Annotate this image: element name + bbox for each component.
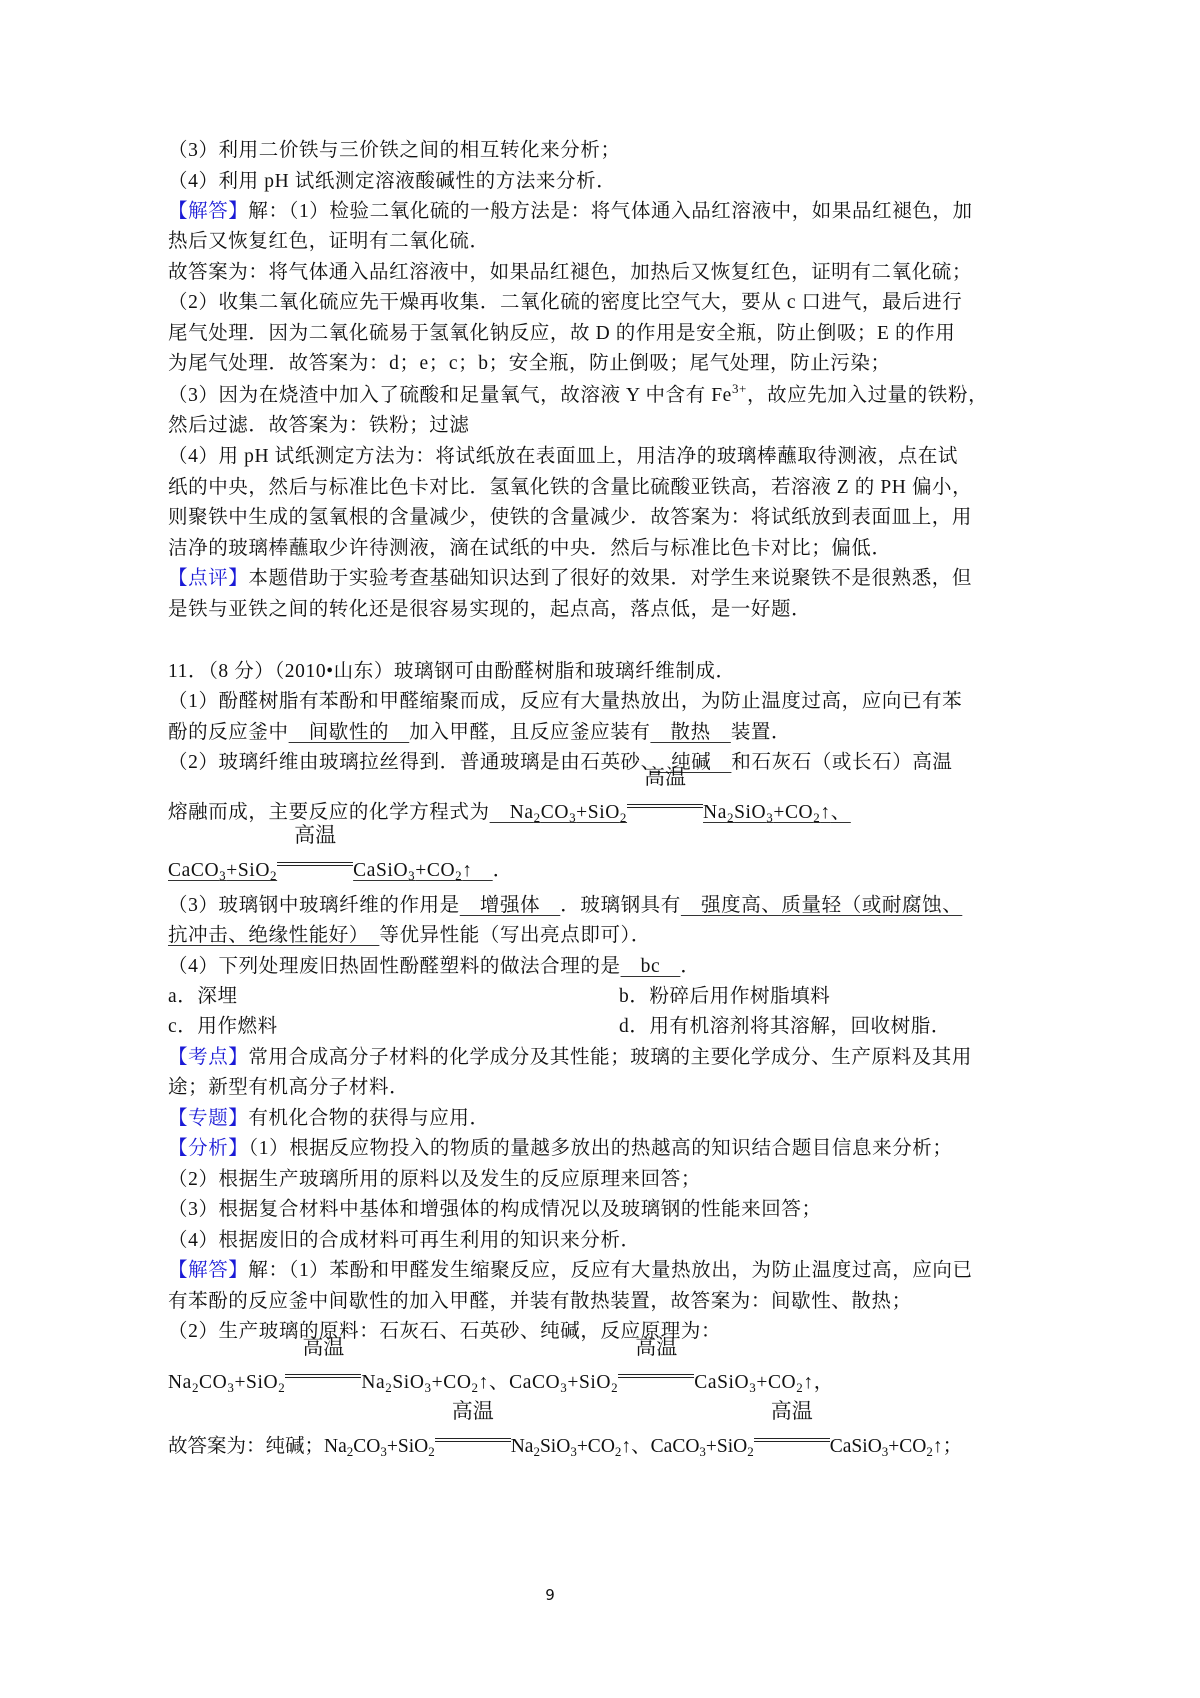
equals-sign (435, 1438, 511, 1442)
question-line: （2）玻璃纤维由玻璃拉丝得到．普通玻璃是由石英砂、 纯碱 和石灰石（或长石）高温 (168, 749, 953, 777)
question-text: （2）玻璃纤维由玻璃拉丝得到．普通玻璃是由石英砂、 (168, 752, 651, 773)
fenxi-text: （1）根据反应物投入的物质的量越多放出的热越高的知识结合题目信息来分析； (248, 1138, 952, 1159)
question-text: （3）玻璃钢中玻璃纤维的作用是 (168, 895, 460, 916)
question-text: 和石灰石（或长石）高温 (731, 752, 952, 773)
question-text: 加入甲醛，且反应釜应装有 (409, 722, 650, 743)
answer-label: 【解答】 (168, 201, 248, 222)
condition-label: 高温 (277, 822, 353, 848)
page-number: 9 (0, 1586, 1100, 1604)
fenxi-line: （3）根据复合材料中基体和增强体的构成情况以及玻璃钢的性能来回答； (168, 1196, 822, 1224)
reaction-condition: 高温 (285, 1360, 361, 1388)
question-text: 熔融而成，主要反应的化学方程式为 (168, 802, 490, 823)
answer-line: 然后过滤．故答案为：铁粉；过滤 (168, 412, 470, 440)
jieda-text: 解：（1）苯酚和甲醛发生缩聚反应，反应有大量热放出，为防止温度过高，应向已 (248, 1260, 972, 1281)
comment-text: 本题借助于实验考查基础知识达到了很好的效果．对学生来说聚铁不是很熟悉，但 (248, 568, 972, 589)
question-line: （1）酚醛树脂有苯酚和甲醛缩聚而成，反应有大量热放出，为防止温度过高，应向已有苯 (168, 688, 962, 716)
option-b: b．粉碎后用作树脂填料 (619, 983, 830, 1011)
kaodian-label: 【考点】 (168, 1047, 248, 1068)
fill-blank: 强度高、质量轻（或耐腐蚀、 (681, 895, 962, 916)
fill-blank-equation: Na2CO3+SiO2高温Na2SiO3+CO2↑、 (490, 802, 851, 823)
fenxi-line: （2）根据生产玻璃所用的原料以及发生的反应原理来回答； (168, 1166, 701, 1194)
kaodian-line: 【考点】常用合成高分子材料的化学成分及其性能；玻璃的主要化学成分、生产原料及其用 (168, 1044, 972, 1072)
options-row: c．用作燃料 d．用有机溶剂将其溶解，回收树脂． (168, 1013, 1068, 1041)
punctuation: ． (493, 860, 513, 881)
fenxi-line: （4）根据废旧的合成材料可再生利用的知识来分析． (168, 1227, 641, 1255)
option-a: a．深埋 (168, 986, 238, 1007)
question-text: （4）下列处理废旧热固性酚醛塑料的做法合理的是 (168, 956, 621, 977)
analysis-line: （4）利用 pH 试纸测定溶液酸碱性的方法来分析． (168, 168, 616, 196)
options-row: a．深埋 b．粉碎后用作树脂填料 (168, 983, 1068, 1011)
equals-sign (277, 862, 353, 866)
separator: 、 (831, 802, 851, 823)
reaction-condition: 高温 (435, 1424, 511, 1452)
condition-label: 高温 (618, 1334, 694, 1360)
answer-line: 热后又恢复红色，证明有二氧化硫． (168, 228, 490, 256)
answer-line: （4）用 pH 试纸测定方法为：将试纸放在表面皿上，用洁净的玻璃棒蘸取待测液，点… (168, 443, 958, 471)
reaction-condition: 高温 (754, 1424, 830, 1452)
equation-line: 熔融而成，主要反应的化学方程式为 Na2CO3+SiO2高温Na2SiO3+CO… (168, 790, 851, 827)
question-text: 装置． (731, 722, 791, 743)
answer-line: 则聚铁中生成的氢氧根的含量减少，使铁的含量减少．故答案为：将试纸放到表面皿上，用 (168, 504, 972, 532)
question-text: 等优异性能（写出亮点即可）． (379, 925, 651, 946)
fenxi-label: 【分析】 (168, 1138, 248, 1159)
equals-sign (618, 1374, 694, 1378)
question-line: （4）下列处理废旧热固性酚醛塑料的做法合理的是 bc ． (168, 953, 700, 981)
answer-line: （2）收集二氧化硫应先干燥再收集．二氧化硫的密度比空气大，要从 c 口进气，最后… (168, 289, 962, 317)
fill-blank: 抗冲击、绝缘性能好） (168, 925, 379, 946)
equals-sign (627, 804, 703, 808)
question-text: ．玻璃钢具有 (560, 895, 681, 916)
reaction-condition: 高温 (627, 790, 703, 818)
question-title: 11．（8 分）（2010•山东）玻璃钢可由酚醛树脂和玻璃纤维制成． (168, 658, 736, 686)
punctuation: ， (814, 1372, 834, 1393)
answer-line: 尾气处理．因为二氧化硫易于氢氧化钠反应，故 D 的作用是安全瓶，防止倒吸；E 的… (168, 320, 955, 348)
zhuanti-line: 【专题】有机化合物的获得与应用． (168, 1105, 490, 1133)
equation-line: Na2CO3+SiO2高温Na2SiO3+CO2↑、CaCO3+SiO2高温Ca… (168, 1360, 834, 1397)
condition-label: 高温 (285, 1334, 361, 1360)
jieda-line: 有苯酚的反应釜中间歇性的加入甲醛，并装有散热装置，故答案为：间歇性、散热； (168, 1288, 912, 1316)
answer-line: （3）因为在烧渣中加入了硫酸和足量氧气，故溶液 Y 中含有 Fe3+，故应先加入… (168, 382, 988, 410)
question-text: 酚的反应釜中 (168, 722, 289, 743)
fill-blank: 增强体 (460, 895, 561, 916)
jieda-label: 【解答】 (168, 1260, 248, 1281)
fill-blank: 散热 (650, 722, 730, 743)
fill-blank-equation: CaCO3+SiO2高温CaSiO3+CO2↑ (168, 860, 493, 881)
jieda-line: 【解答】解：（1）苯酚和甲醛发生缩聚反应，反应有大量热放出，为防止温度过高，应向… (168, 1257, 973, 1285)
answer-text: 解：（1）检验二氧化硫的一般方法是：将气体通入品红溶液中，如果品红褪色，加 (248, 201, 972, 222)
separator: 、 (489, 1372, 509, 1393)
separator: 、 (631, 1436, 651, 1457)
comment-line: 是铁与亚铁之间的转化还是很容易实现的，起点高，落点低，是一好题． (168, 596, 811, 624)
comment-label: 【点评】 (168, 568, 248, 589)
reaction-condition: 高温 (618, 1360, 694, 1388)
answer-line: 故答案为：将气体通入品红溶液中，如果品红褪色，加热后又恢复红色，证明有二氧化硫； (168, 259, 972, 287)
reaction-condition: 高温 (277, 848, 353, 876)
answer-line: 纸的中央，然后与标准比色卡对比．氢氧化铁的含量比硫酸亚铁高，若溶液 Z 的 PH… (168, 474, 972, 502)
equation-line: CaCO3+SiO2高温CaSiO3+CO2↑ ． (168, 848, 513, 885)
answer-line: 为尾气处理．故答案为：d；e；c；b；安全瓶，防止倒吸；尾气处理，防止污染； (168, 350, 891, 378)
answer-text: （3）因为在烧渣中加入了硫酸和足量氧气，故溶液 Y 中含有 Fe (168, 385, 732, 406)
condition-label: 高温 (754, 1398, 830, 1424)
question-line: （3）玻璃钢中玻璃纤维的作用是 增强体 ．玻璃钢具有 强度高、质量轻（或耐腐蚀、 (168, 892, 962, 920)
document-page: （3）利用二价铁与三价铁之间的相互转化来分析； （4）利用 pH 试纸测定溶液酸… (0, 0, 1200, 1698)
comment-line: 【点评】本题借助于实验考查基础知识达到了很好的效果．对学生来说聚铁不是很熟悉，但 (168, 565, 972, 593)
kaodian-text: 常用合成高分子材料的化学成分及其性能；玻璃的主要化学成分、生产原料及其用 (248, 1047, 972, 1068)
kaodian-line: 途；新型有机高分子材料． (168, 1074, 409, 1102)
punctuation: ； (943, 1436, 963, 1457)
equation-line: 故答案为：纯碱；Na2CO3+SiO2高温Na2SiO3+CO2↑、CaCO3+… (168, 1424, 962, 1461)
equals-sign (754, 1438, 830, 1442)
answer-text: 故答案为：纯碱； (168, 1436, 324, 1457)
zhuanti-label: 【专题】 (168, 1108, 248, 1129)
equals-sign (285, 1374, 361, 1378)
fill-blank: bc (621, 956, 681, 977)
condition-label: 高温 (627, 764, 703, 790)
superscript: 3+ (732, 381, 747, 396)
option-c: c．用作燃料 (168, 1016, 278, 1037)
fenxi-line: 【分析】（1）根据反应物投入的物质的量越多放出的热越高的知识结合题目信息来分析； (168, 1135, 953, 1163)
fill-blank: 间歇性的 (289, 722, 410, 743)
analysis-line: （3）利用二价铁与三价铁之间的相互转化来分析； (168, 137, 621, 165)
option-d: d．用有机溶剂将其溶解，回收树脂． (619, 1013, 951, 1041)
condition-label: 高温 (435, 1398, 511, 1424)
question-line: 抗冲击、绝缘性能好） 等优异性能（写出亮点即可）． (168, 922, 651, 950)
question-text: ． (680, 956, 700, 977)
answer-text: ，故应先加入过量的铁粉， (747, 385, 988, 406)
zhuanti-text: 有机化合物的获得与应用． (248, 1108, 489, 1129)
question-line: 酚的反应釜中 间歇性的 加入甲醛，且反应釜应装有 散热 装置． (168, 719, 791, 747)
answer-line: 【解答】解：（1）检验二氧化硫的一般方法是：将气体通入品红溶液中，如果品红褪色，… (168, 198, 973, 226)
answer-line: 洁净的玻璃棒蘸取少许待测液，滴在试纸的中央．然后与标准比色卡对比；偏低． (168, 535, 892, 563)
